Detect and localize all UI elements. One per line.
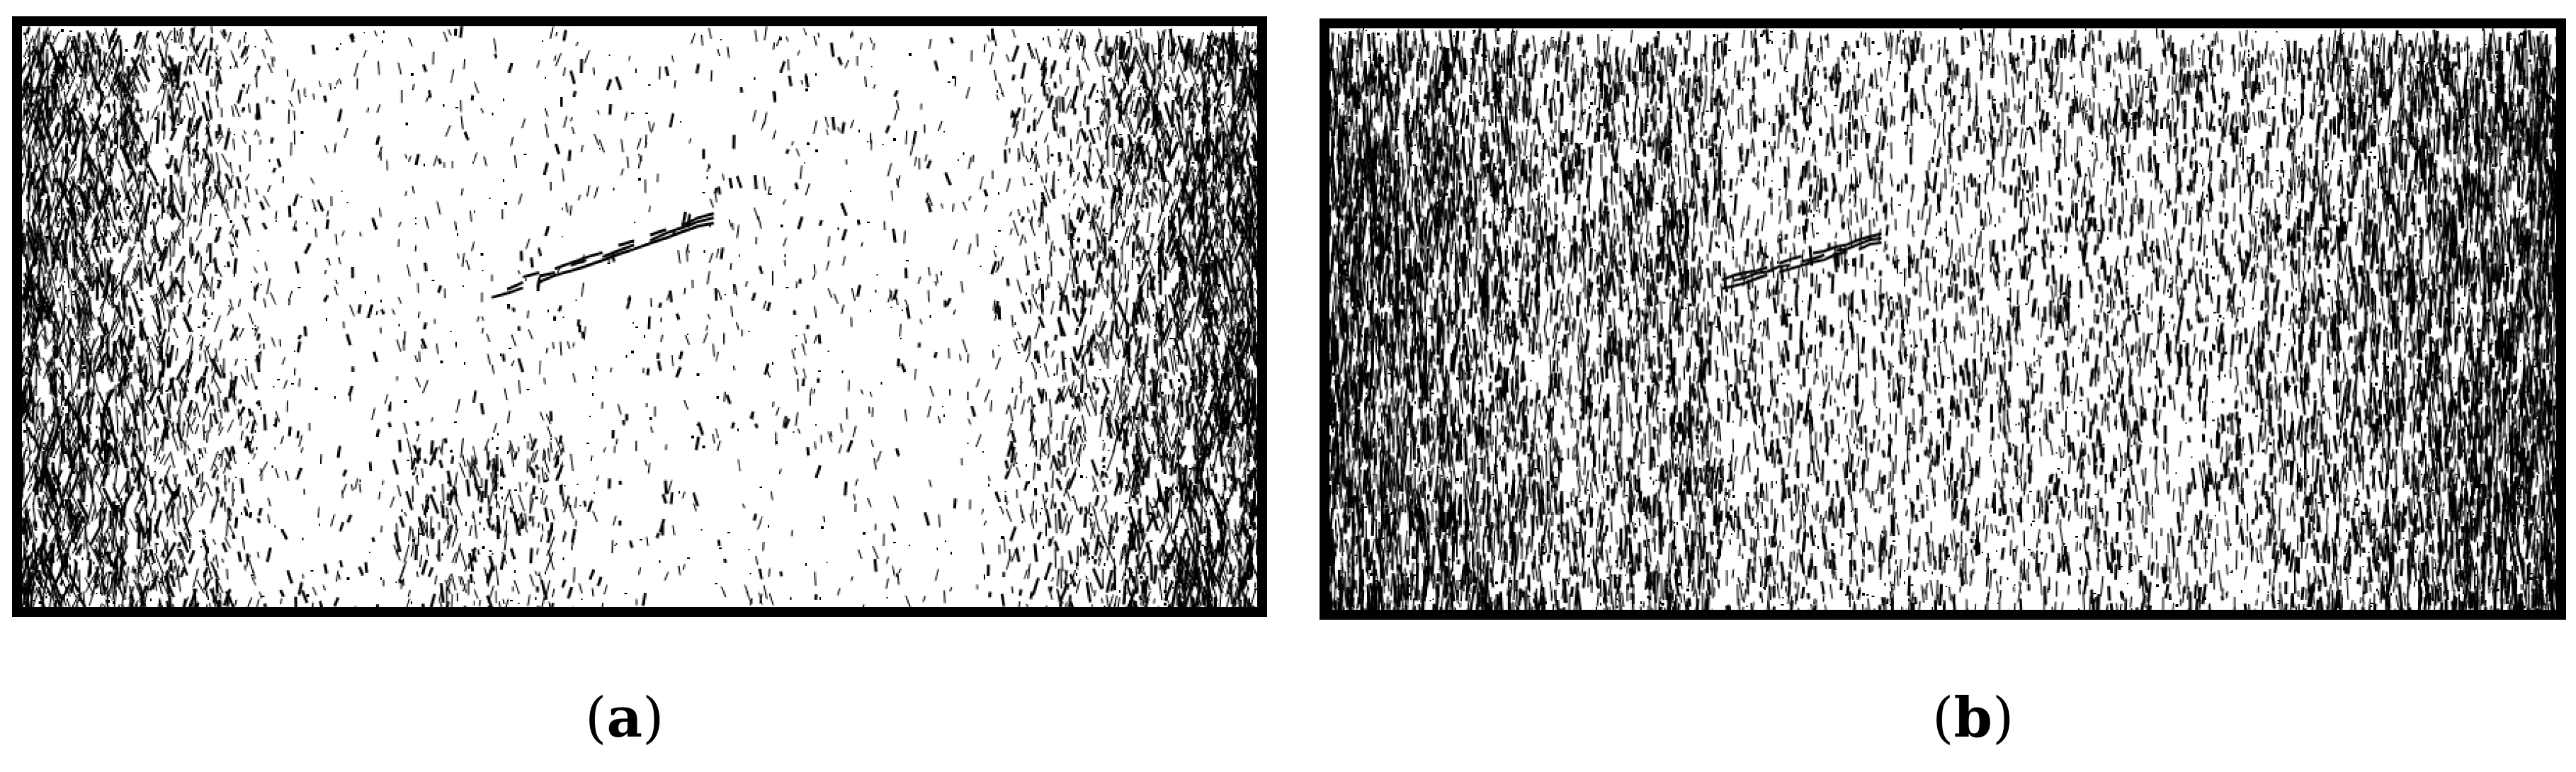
caption-b: (b) — [1932, 691, 2014, 746]
caption-label-b: b — [1953, 686, 1992, 750]
edge-map-image-a — [22, 26, 1257, 607]
caption-a: (a) — [585, 691, 664, 746]
caption-paren-open: ( — [1932, 686, 1953, 750]
caption-paren-open: ( — [585, 686, 606, 750]
caption-paren-close: ) — [1992, 686, 2014, 750]
edge-map-image-b — [1329, 28, 2556, 610]
figure-panel-b — [1320, 18, 2566, 620]
caption-label-a: a — [606, 686, 642, 750]
figure-panel-a — [12, 16, 1267, 617]
caption-paren-close: ) — [642, 686, 664, 750]
